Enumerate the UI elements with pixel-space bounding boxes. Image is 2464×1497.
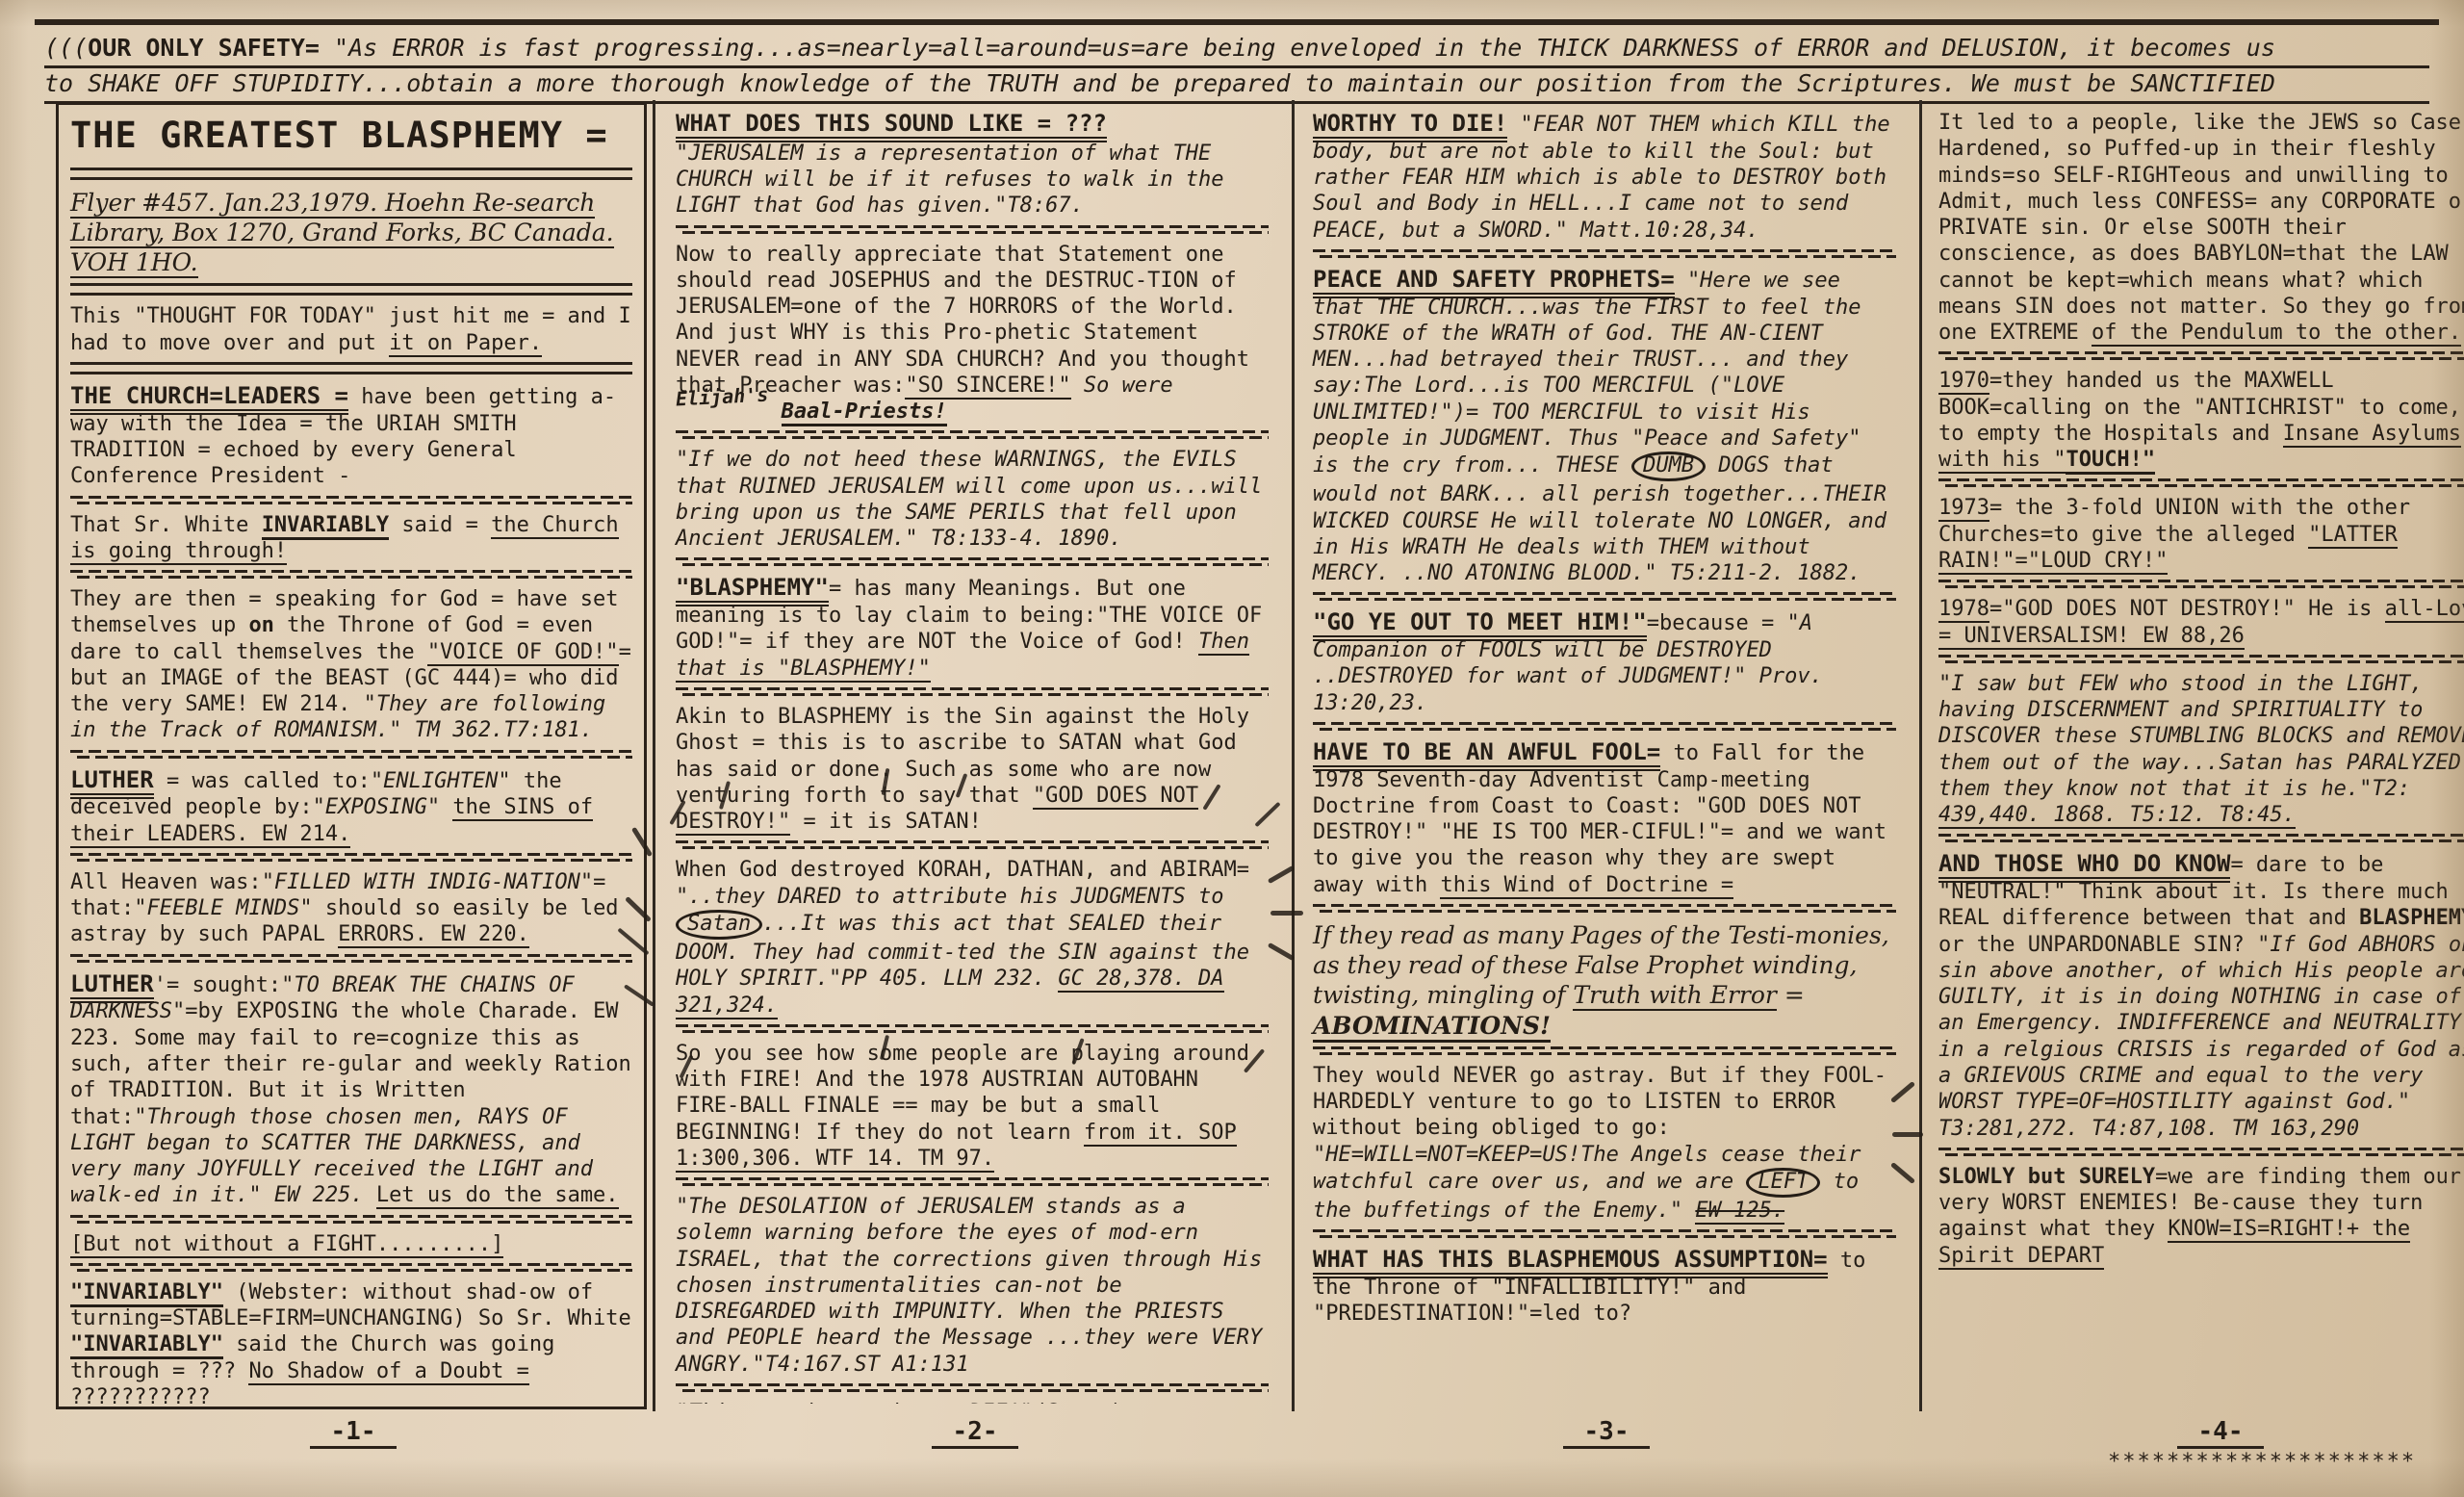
paragraph: It led to a people, like the JEWS so Cas… — [1938, 110, 2464, 346]
paragraph: That Sr. White INVARIABLY said = the Chu… — [70, 512, 632, 565]
text-run: THE GREATEST BLASPHEMY = — [70, 115, 608, 156]
column-3-body: WORTHY TO DIE! "FEAR NOT THEM which KILL… — [1301, 102, 1908, 1337]
paragraph: Now to really appreciate that Statement … — [676, 242, 1269, 426]
section-divider — [676, 430, 1269, 439]
section-divider — [70, 570, 632, 579]
paragraph: 1973= the 3-fold UNION with the other Ch… — [1938, 495, 2464, 574]
section-divider — [1313, 904, 1896, 913]
text-run: it on Paper. — [389, 331, 542, 357]
column-divider-rule — [653, 100, 655, 1411]
text-run: "INVARIABLY" — [70, 1280, 223, 1307]
text-run: "SO SINCERE!" — [905, 374, 1070, 400]
paragraph: "JERUSALEM is a representation of what T… — [676, 141, 1269, 219]
text-run: "ENLIGHTEN" — [371, 769, 511, 793]
text-run: ="GOD DOES NOT DESTROY!" He is — [1989, 597, 2385, 621]
circled-word: DUMB — [1631, 452, 1706, 481]
text-run: "The DESOLATION of JERUSALEM stands as a… — [676, 1195, 1262, 1377]
paragraph: 1970=they handed us the MAXWELL BOOK=cal… — [1938, 368, 2464, 473]
paragraph: All Heaven was:"FILLED WITH INDIG-NATION… — [70, 869, 632, 948]
header-banner: (((OUR ONLY SAFETY= "As ERROR is fast pr… — [35, 19, 2439, 106]
text-run: "If we do not heed these WARNINGS, the E… — [676, 448, 1262, 551]
column-divider-rule — [1919, 100, 1922, 1411]
text-run: "..they DARED to attribute his JUDGMENTS… — [676, 885, 1224, 909]
paragraph: WHAT DOES THIS SOUND LIKE = ??? — [676, 110, 1269, 139]
section-divider — [676, 1383, 1269, 1392]
paragraph: They would NEVER go astray. But if they … — [1313, 1063, 1896, 1224]
paragraph: This "THOUGHT FOR TODAY" just hit me = a… — [70, 303, 632, 356]
section-divider — [1938, 351, 2464, 360]
column-divider-rule — [1292, 100, 1295, 1411]
text-run: "JERUSALEM is a representation of what T… — [676, 142, 1224, 219]
paragraph: THE CHURCH=LEADERS = have been getting a… — [70, 382, 632, 490]
text-run: on — [248, 613, 274, 637]
script-passage: If they read as many Pages of the Testi-… — [1313, 920, 1896, 1041]
text-run: 1970 — [1938, 369, 1989, 395]
text-run: = — [1777, 981, 1805, 1009]
text-run: this Wind of Doctrine = — [1440, 873, 1733, 899]
section-divider — [1938, 580, 2464, 588]
text-run: [But not without a FIGHT.........] — [70, 1232, 503, 1258]
text-run — [1071, 374, 1084, 398]
text-run: 1973 — [1938, 496, 1989, 522]
text-run: SLOWLY but SURELY — [1938, 1165, 2155, 1189]
section-divider — [70, 168, 632, 180]
text-run: = it is SATAN! — [790, 810, 982, 834]
page-number-1: -1- — [310, 1417, 397, 1449]
text-run — [1675, 269, 1687, 293]
column-2: WHAT DOES THIS SOUND LIKE = ???"JERUSALE… — [664, 102, 1280, 1404]
section-divider — [70, 362, 632, 374]
text-run: AND THOSE WHO DO KNOW — [1938, 850, 2230, 883]
circled-word: LEFT — [1746, 1168, 1820, 1198]
section-divider — [1938, 478, 2464, 487]
page-number-4: -4- — [2177, 1417, 2264, 1449]
section-divider — [1313, 249, 1896, 258]
text-run — [768, 400, 781, 424]
scanned-flyer-page: (((OUR ONLY SAFETY= "As ERROR is fast pr… — [0, 0, 2464, 1497]
text-run: Truth with Error — [1573, 981, 1776, 1011]
section-divider — [1938, 1148, 2464, 1156]
column-1-body: THE GREATEST BLASPHEMY =Flyer #457. Jan.… — [59, 105, 644, 1409]
text-run: OUR ONLY SAFETY= — [88, 34, 320, 62]
text-run — [440, 795, 452, 819]
page-title: THE GREATEST BLASPHEMY = — [70, 113, 632, 162]
section-divider — [1313, 722, 1896, 731]
text-run: All Heaven was: — [70, 870, 262, 894]
text-run: WORTHY TO DIE! — [1313, 110, 1507, 142]
paragraph: WORTHY TO DIE! "FEAR NOT THEM which KILL… — [1313, 110, 1896, 244]
paragraph: Akin to BLASPHEMY is the Sin against the… — [676, 704, 1269, 835]
text-run: When God destroyed KORAH, DATHAN, and AB… — [676, 858, 1249, 882]
handwritten-annotation: Elijah's — [675, 383, 768, 412]
column-4-body: It led to a people, like the JEWS so Cas… — [1927, 102, 2464, 1278]
text-run — [1507, 113, 1520, 137]
paragraph: PEACE AND SAFETY PROPHETS= "Here we see … — [1313, 266, 1896, 587]
column-2-body: WHAT DOES THIS SOUND LIKE = ???"JERUSALE… — [664, 102, 1280, 1404]
text-run: =because = — [1647, 611, 1787, 635]
text-run: "If God ABHORS one sin above another, of… — [1938, 933, 2464, 1141]
text-run: ((( — [44, 34, 88, 62]
paragraph: WHAT HAS THIS BLASPHEMOUS ASSUMPTION= to… — [1313, 1246, 1896, 1327]
section-divider — [70, 750, 632, 759]
text-run: 439,440. 1868. T5:12. T8:45. — [1938, 803, 2296, 829]
text-run: HAVE TO BE AN AWFUL FOOL= — [1313, 738, 1660, 771]
paragraph: "BLASPHEMY"= has many Meanings. But one … — [676, 574, 1269, 682]
paragraph: "If we do not heed these WARNINGS, the E… — [676, 447, 1269, 552]
text-run: WHAT HAS THIS BLASPHEMOUS ASSUMPTION= — [1313, 1246, 1828, 1278]
text-run: Flyer #457. Jan.23,1979. Hoehn Re-search… — [70, 189, 614, 279]
section-divider — [1313, 592, 1896, 601]
section-divider — [676, 840, 1269, 849]
paragraph: 1978="GOD DOES NOT DESTROY!" He is all-L… — [1938, 596, 2464, 649]
paragraph: LUTHER'= sought:"TO BREAK THE CHAINS OF … — [70, 970, 632, 1209]
header-line-2: to SHAKE OFF STUPIDITY...obtain a more t… — [44, 68, 2429, 104]
column-1: THE GREATEST BLASPHEMY =Flyer #457. Jan.… — [56, 102, 647, 1409]
text-run: THE CHURCH=LEADERS = — [70, 382, 348, 415]
paragraph: "The DESOLATION of JERUSALEM stands as a… — [676, 1194, 1269, 1378]
text-run: = was called to: — [154, 769, 371, 793]
text-run: ERRORS. EW 220. — [338, 922, 529, 948]
section-divider — [70, 283, 632, 296]
page-number-2: -2- — [932, 1417, 1018, 1449]
paragraph: "GO YE OUT TO MEET HIM!"=because = "A Co… — [1313, 608, 1896, 716]
column-3: WORTHY TO DIE! "FEAR NOT THEM which KILL… — [1301, 102, 1908, 1404]
text-run: "INVARIABLY" — [70, 1332, 223, 1359]
text-run — [364, 1183, 376, 1207]
section-divider — [676, 557, 1269, 566]
text-run: 1978 — [1938, 597, 1989, 623]
text-run: Let us do the same. — [376, 1183, 619, 1209]
text-run: "I saw but FEW who stood in the LIGHT, h… — [1938, 672, 2464, 801]
text-run: "FEEBLE MINDS" — [134, 896, 312, 920]
text-run: So were — [1084, 374, 1173, 398]
text-run: '= sought: — [154, 973, 281, 997]
paragraph: LUTHER = was called to:"ENLIGHTEN" the d… — [70, 766, 632, 847]
section-divider — [1313, 1229, 1896, 1238]
text-run: to SHAKE OFF STUPIDITY...obtain a more t… — [44, 69, 2275, 97]
text-run: Baal-Priests! — [782, 400, 947, 426]
paragraph: HAVE TO BE AN AWFUL FOOL= to Fall for th… — [1313, 738, 1896, 898]
text-run: This "THOUGHT FOR TODAY" just hit me = a… — [70, 304, 631, 354]
paragraph: So you see how some people are playing a… — [676, 1041, 1269, 1172]
page-number-3: -3- — [1563, 1417, 1650, 1449]
paragraph: "This man is worthy to DIE!"(Same.) — [676, 1400, 1269, 1404]
text-run — [1682, 1199, 1695, 1223]
paragraph: When God destroyed KORAH, DATHAN, and AB… — [676, 857, 1269, 1018]
asterisk-row: ********************* — [2108, 1450, 2454, 1474]
paragraph: "INVARIABLY" (Webster: without shad-ow o… — [70, 1279, 632, 1409]
section-divider — [1313, 1046, 1896, 1055]
paragraph: AND THOSE WHO DO KNOW= dare to be "NEUTR… — [1938, 850, 2464, 1141]
text-run: EW 125. — [1695, 1199, 1784, 1225]
text-run: "As ERROR is fast progressing...as=nearl… — [320, 34, 2275, 62]
paragraph: They are then = speaking for God = have … — [70, 586, 632, 744]
section-divider — [676, 225, 1269, 234]
text-run: That Sr. White — [70, 513, 262, 537]
text-run: "FILLED WITH INDIG-NATION" — [262, 870, 593, 894]
text-run: "BLASPHEMY" — [676, 574, 829, 607]
text-run: "VOICE OF GOD!" — [427, 640, 619, 666]
text-run: LUTHER — [70, 766, 154, 799]
section-divider — [70, 496, 632, 504]
text-run: TOUCH!" — [2066, 448, 2155, 475]
text-run: of the Pendulum to the other. — [2092, 321, 2461, 347]
circled-word: Satan — [676, 910, 762, 940]
paragraph: "I saw but FEW who stood in the LIGHT, h… — [1938, 671, 2464, 829]
flyer-imprint: Flyer #457. Jan.23,1979. Hoehn Re-search… — [70, 188, 632, 278]
text-run: BLASPHEMY — [2359, 906, 2464, 930]
text-run: ABOMINATIONS! — [1313, 1012, 1551, 1043]
hand-drawn-ray — [1270, 911, 1303, 916]
text-run: It led to a people, like the JEWS so Cas… — [1938, 111, 2464, 345]
paragraph: SLOWLY but SURELY=we are finding them ou… — [1938, 1164, 2464, 1269]
section-divider — [70, 853, 632, 862]
section-divider — [676, 1024, 1269, 1033]
column-4: It led to a people, like the JEWS so Cas… — [1927, 102, 2464, 1404]
section-divider — [70, 1263, 632, 1272]
text-run: "GO YE OUT TO MEET HIM!" — [1313, 608, 1647, 641]
text-run: PEACE AND SAFETY PROPHETS= — [1313, 266, 1675, 298]
section-divider — [676, 687, 1269, 696]
text-run: LUTHER — [70, 970, 154, 1003]
section-divider — [70, 1215, 632, 1224]
text-run: "This man is worthy to DIE!"(Same.) — [676, 1401, 1122, 1404]
section-divider — [676, 1177, 1269, 1186]
section-divider — [1938, 834, 2464, 842]
paragraph: [But not without a FIGHT.........] — [70, 1231, 632, 1257]
header-line-1: (((OUR ONLY SAFETY= "As ERROR is fast pr… — [44, 33, 2429, 68]
section-divider — [1938, 655, 2464, 663]
text-run: INVARIABLY — [262, 513, 389, 540]
hand-drawn-ray — [1892, 1132, 1923, 1137]
text-run: They would NEVER go astray. But if they … — [1313, 1064, 1886, 1141]
text-run: "EXPOSING" — [313, 795, 440, 819]
text-run: said = — [389, 513, 491, 537]
section-divider — [70, 954, 632, 963]
text-run: or the UNPARDONABLE SIN? — [1938, 933, 2257, 957]
text-run: WHAT DOES THIS SOUND LIKE = ??? — [676, 110, 1107, 142]
text-run: "Here we see that THE CHURCH...was the F… — [1313, 269, 1861, 477]
